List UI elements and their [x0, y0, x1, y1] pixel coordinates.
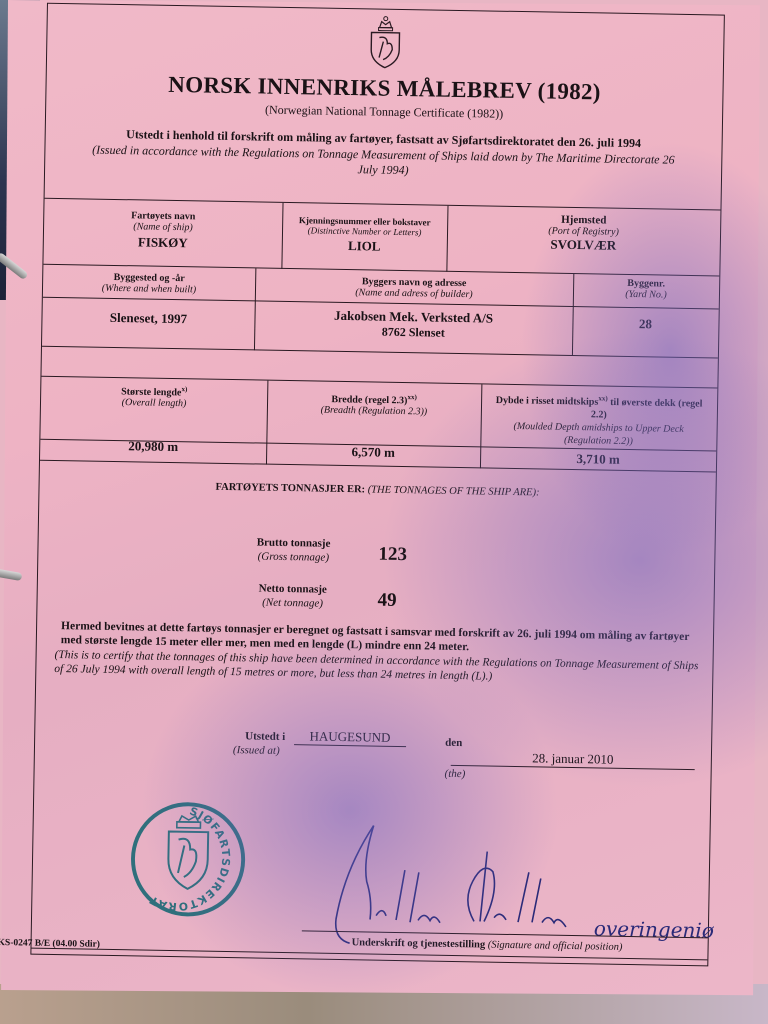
depth-label-cont: til øverste dekk (regel 2.2): [591, 397, 703, 421]
port-value: SVOLVÆR: [447, 235, 720, 256]
dimensions-row: Største lengdex) (Overall length) 20,980…: [40, 376, 717, 473]
gross-tonnage-value: 123: [378, 544, 407, 566]
length-footnote-mark: x): [181, 385, 187, 393]
ship-name-value: FISKØY: [44, 233, 282, 253]
issue-date-group: den 28. januar 2010 (the): [444, 737, 711, 785]
breadth-label-en: (Breadth (Regulation 2.3)): [267, 404, 481, 419]
depth-value: 3,710 m: [480, 450, 716, 470]
depth-cell: Dybde i risset midtskipsxx) til øverste …: [480, 384, 717, 472]
issued-at-group: Utstedt i HAUGESUND (Issued at): [245, 727, 406, 759]
norwegian-coat-of-arms-icon: [365, 13, 406, 70]
net-tonnage-label-en: (Net tonnage): [237, 595, 347, 611]
build-place-cell: Byggested og -år (Where and when built) …: [42, 265, 255, 351]
certificate-sheet: NORSK INNENRIKS MÅLEBREV (1982) (Norwegi…: [1, 0, 760, 995]
tonnages-heading-no: FARTØYETS TONNASJER ER:: [215, 482, 365, 496]
call-sign-value: LIOL: [282, 237, 447, 256]
breadth-cell: Bredde (regel 2.3)xx) (Breadth (Regulati…: [266, 381, 481, 469]
net-tonnage-row: Netto tonnasje (Net tonnage) 49: [238, 581, 478, 585]
yard-no-label-en: (Yard No.): [573, 288, 719, 302]
ship-name-cell: Fartøyets navn (Name of ship) FISKØY: [43, 199, 282, 269]
gross-tonnage-row: Brutto tonnasje (Gross tonnage) 123: [239, 535, 479, 539]
yard-no-cell: Byggenr. (Yard No.) 28: [572, 274, 719, 359]
yard-no-value: 28: [572, 315, 718, 334]
signature-caption-no: Underskrift og tjenestestilling: [352, 937, 486, 950]
build-place-value: Sleneset, 1997: [42, 309, 254, 329]
issued-at-label: Utstedt i: [245, 730, 285, 743]
length-cell: Største lengdex) (Overall length) 20,980…: [40, 377, 267, 465]
tonnages-heading-en: (THE TONNAGES OF THE SHIP ARE):: [368, 484, 540, 498]
issue-date-label: den: [445, 737, 462, 749]
builder-cell: Byggers navn og adresse (Name and adress…: [254, 268, 573, 356]
tonnages-heading: FARTØYETS TONNASJER ER: (THE TONNAGES OF…: [39, 479, 715, 502]
call-sign-cell: Kjenningsnummer eller bokstaver (Distinc…: [281, 203, 447, 272]
gross-tonnage-label-en: (Gross tonnage): [238, 549, 348, 565]
depth-footnote-mark: xx): [598, 394, 607, 402]
length-value: 20,980 m: [40, 437, 266, 457]
breadth-footnote-mark: xx): [407, 393, 416, 401]
net-tonnage-value: 49: [377, 590, 396, 612]
issue-date-value: 28. januar 2010: [451, 749, 695, 770]
directorate-seal-icon: SJØFARTSDIREKTORATET: [128, 799, 248, 919]
build-row: Byggested og -år (Where and when built) …: [42, 264, 719, 359]
certificate-frame: NORSK INNENRIKS MÅLEBREV (1982) (Norwegi…: [30, 3, 725, 967]
depth-label: Dybde i risset midtskips: [496, 395, 599, 408]
issued-at-value: HAUGESUND: [294, 728, 406, 747]
port-cell: Hjemsted (Port of Registry) SVOLVÆR: [446, 206, 720, 277]
form-code: KS-0247 B/E (04.00 Sdir): [0, 938, 100, 950]
depth-label-en: (Moulded Depth amidships to Upper Deck (…: [480, 420, 716, 450]
issue-date-label-en: (the): [444, 768, 710, 785]
signature-caption-en: (Signature and official position): [488, 940, 623, 953]
breadth-value: 6,570 m: [266, 443, 480, 463]
signature-title-handwritten: overingeniør: [594, 916, 716, 942]
build-place-label-en: (Where and when built): [43, 282, 255, 297]
